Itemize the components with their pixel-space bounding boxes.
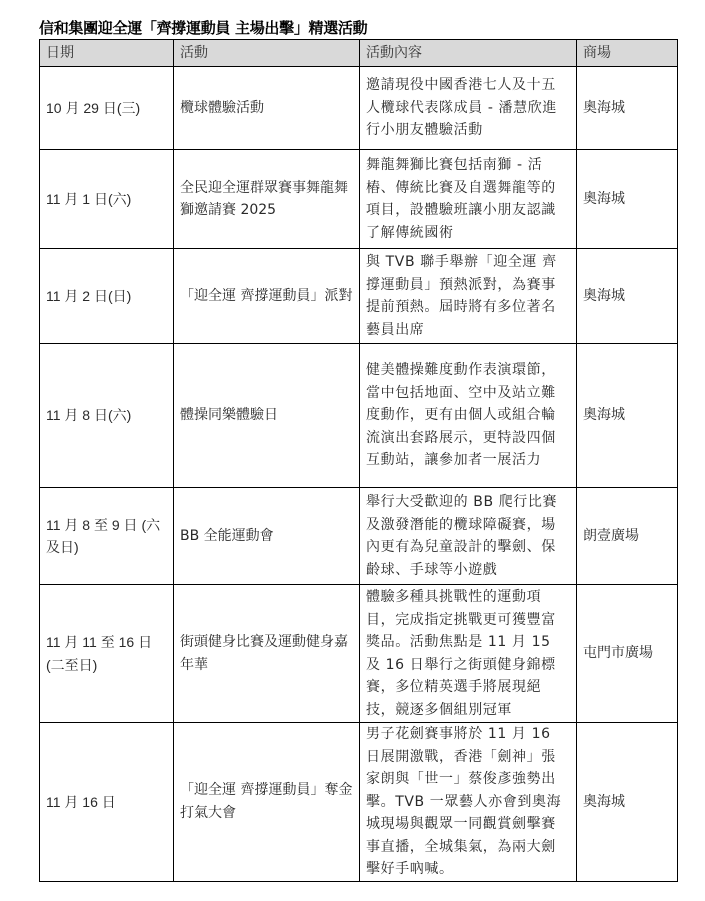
cell-mall: 朗壹廣場 <box>577 488 678 585</box>
cell-activity: BB 全能運動會 <box>174 488 360 585</box>
cell-date: 11 月 8 至 9 日 (六及日) <box>40 488 174 585</box>
cell-content: 舉行大受歡迎的 BB 爬行比賽及激發潛能的欖球障礙賽，場內更有為兒童設計的擊劍、… <box>360 488 577 585</box>
header-content: 活動內容 <box>360 40 577 67</box>
header-date: 日期 <box>40 40 174 67</box>
cell-date: 11 月 2 日(日) <box>40 249 174 344</box>
document-title: 信和集團迎全運「齊撐運動員 主場出擊」精選活動 <box>39 17 367 38</box>
table-header-row: 日期 活動 活動內容 商場 <box>40 40 678 67</box>
cell-content: 邀請現役中國香港七人及十五人欖球代表隊成員 - 潘慧欣進行小朋友體驗活動 <box>360 67 577 150</box>
cell-activity: 「迎全運 齊撐運動員」奪金打氣大會 <box>174 723 360 882</box>
table-row: 11 月 8 至 9 日 (六及日) BB 全能運動會 舉行大受歡迎的 BB 爬… <box>40 488 678 585</box>
table-row: 11 月 16 日 「迎全運 齊撐運動員」奪金打氣大會 男子花劍賽事將於 11 … <box>40 723 678 882</box>
cell-mall: 奧海城 <box>577 344 678 488</box>
header-mall: 商場 <box>577 40 678 67</box>
cell-content: 舞龍舞獅比賽包括南獅 - 活樁、傳統比賽及自選舞龍等的項目，設體驗班讓小朋友認識… <box>360 150 577 249</box>
cell-mall: 奧海城 <box>577 150 678 249</box>
table-row: 11 月 1 日(六) 全民迎全運群眾賽事舞龍舞獅邀請賽 2025 舞龍舞獅比賽… <box>40 150 678 249</box>
cell-activity: 全民迎全運群眾賽事舞龍舞獅邀請賽 2025 <box>174 150 360 249</box>
cell-content: 與 TVB 聯手舉辦「迎全運 齊撐運動員」預熱派對，為賽事提前預熱。屆時將有多位… <box>360 249 577 344</box>
cell-date: 11 月 1 日(六) <box>40 150 174 249</box>
cell-mall: 屯門市廣場 <box>577 585 678 723</box>
cell-mall: 奧海城 <box>577 723 678 882</box>
cell-date: 11 月 16 日 <box>40 723 174 882</box>
cell-activity: 欖球體驗活動 <box>174 67 360 150</box>
cell-date: 11 月 11 至 16 日 (二至日) <box>40 585 174 723</box>
table-row: 11 月 11 至 16 日 (二至日) 街頭健身比賽及運動健身嘉年華 體驗多種… <box>40 585 678 723</box>
table-row: 10 月 29 日(三) 欖球體驗活動 邀請現役中國香港七人及十五人欖球代表隊成… <box>40 67 678 150</box>
cell-date: 10 月 29 日(三) <box>40 67 174 150</box>
events-table: 日期 活動 活動內容 商場 10 月 29 日(三) 欖球體驗活動 邀請現役中國… <box>39 39 678 882</box>
header-activity: 活動 <box>174 40 360 67</box>
table-row: 11 月 2 日(日) 「迎全運 齊撐運動員」派對 與 TVB 聯手舉辦「迎全運… <box>40 249 678 344</box>
cell-activity: 街頭健身比賽及運動健身嘉年華 <box>174 585 360 723</box>
cell-content: 男子花劍賽事將於 11 月 16 日展開激戰，香港「劍神」張家朗與「世一」蔡俊彥… <box>360 723 577 882</box>
table-row: 11 月 8 日(六) 體操同樂體驗日 健美體操難度動作表演環節，當中包括地面、… <box>40 344 678 488</box>
cell-content: 健美體操難度動作表演環節，當中包括地面、空中及站立難度動作，更有由個人或組合輪流… <box>360 344 577 488</box>
cell-date: 11 月 8 日(六) <box>40 344 174 488</box>
cell-activity: 「迎全運 齊撐運動員」派對 <box>174 249 360 344</box>
cell-activity: 體操同樂體驗日 <box>174 344 360 488</box>
cell-mall: 奧海城 <box>577 67 678 150</box>
cell-mall: 奧海城 <box>577 249 678 344</box>
cell-content: 體驗多種具挑戰性的運動項目，完成指定挑戰更可獲豐富獎品。活動焦點是 11 月 1… <box>360 585 577 723</box>
